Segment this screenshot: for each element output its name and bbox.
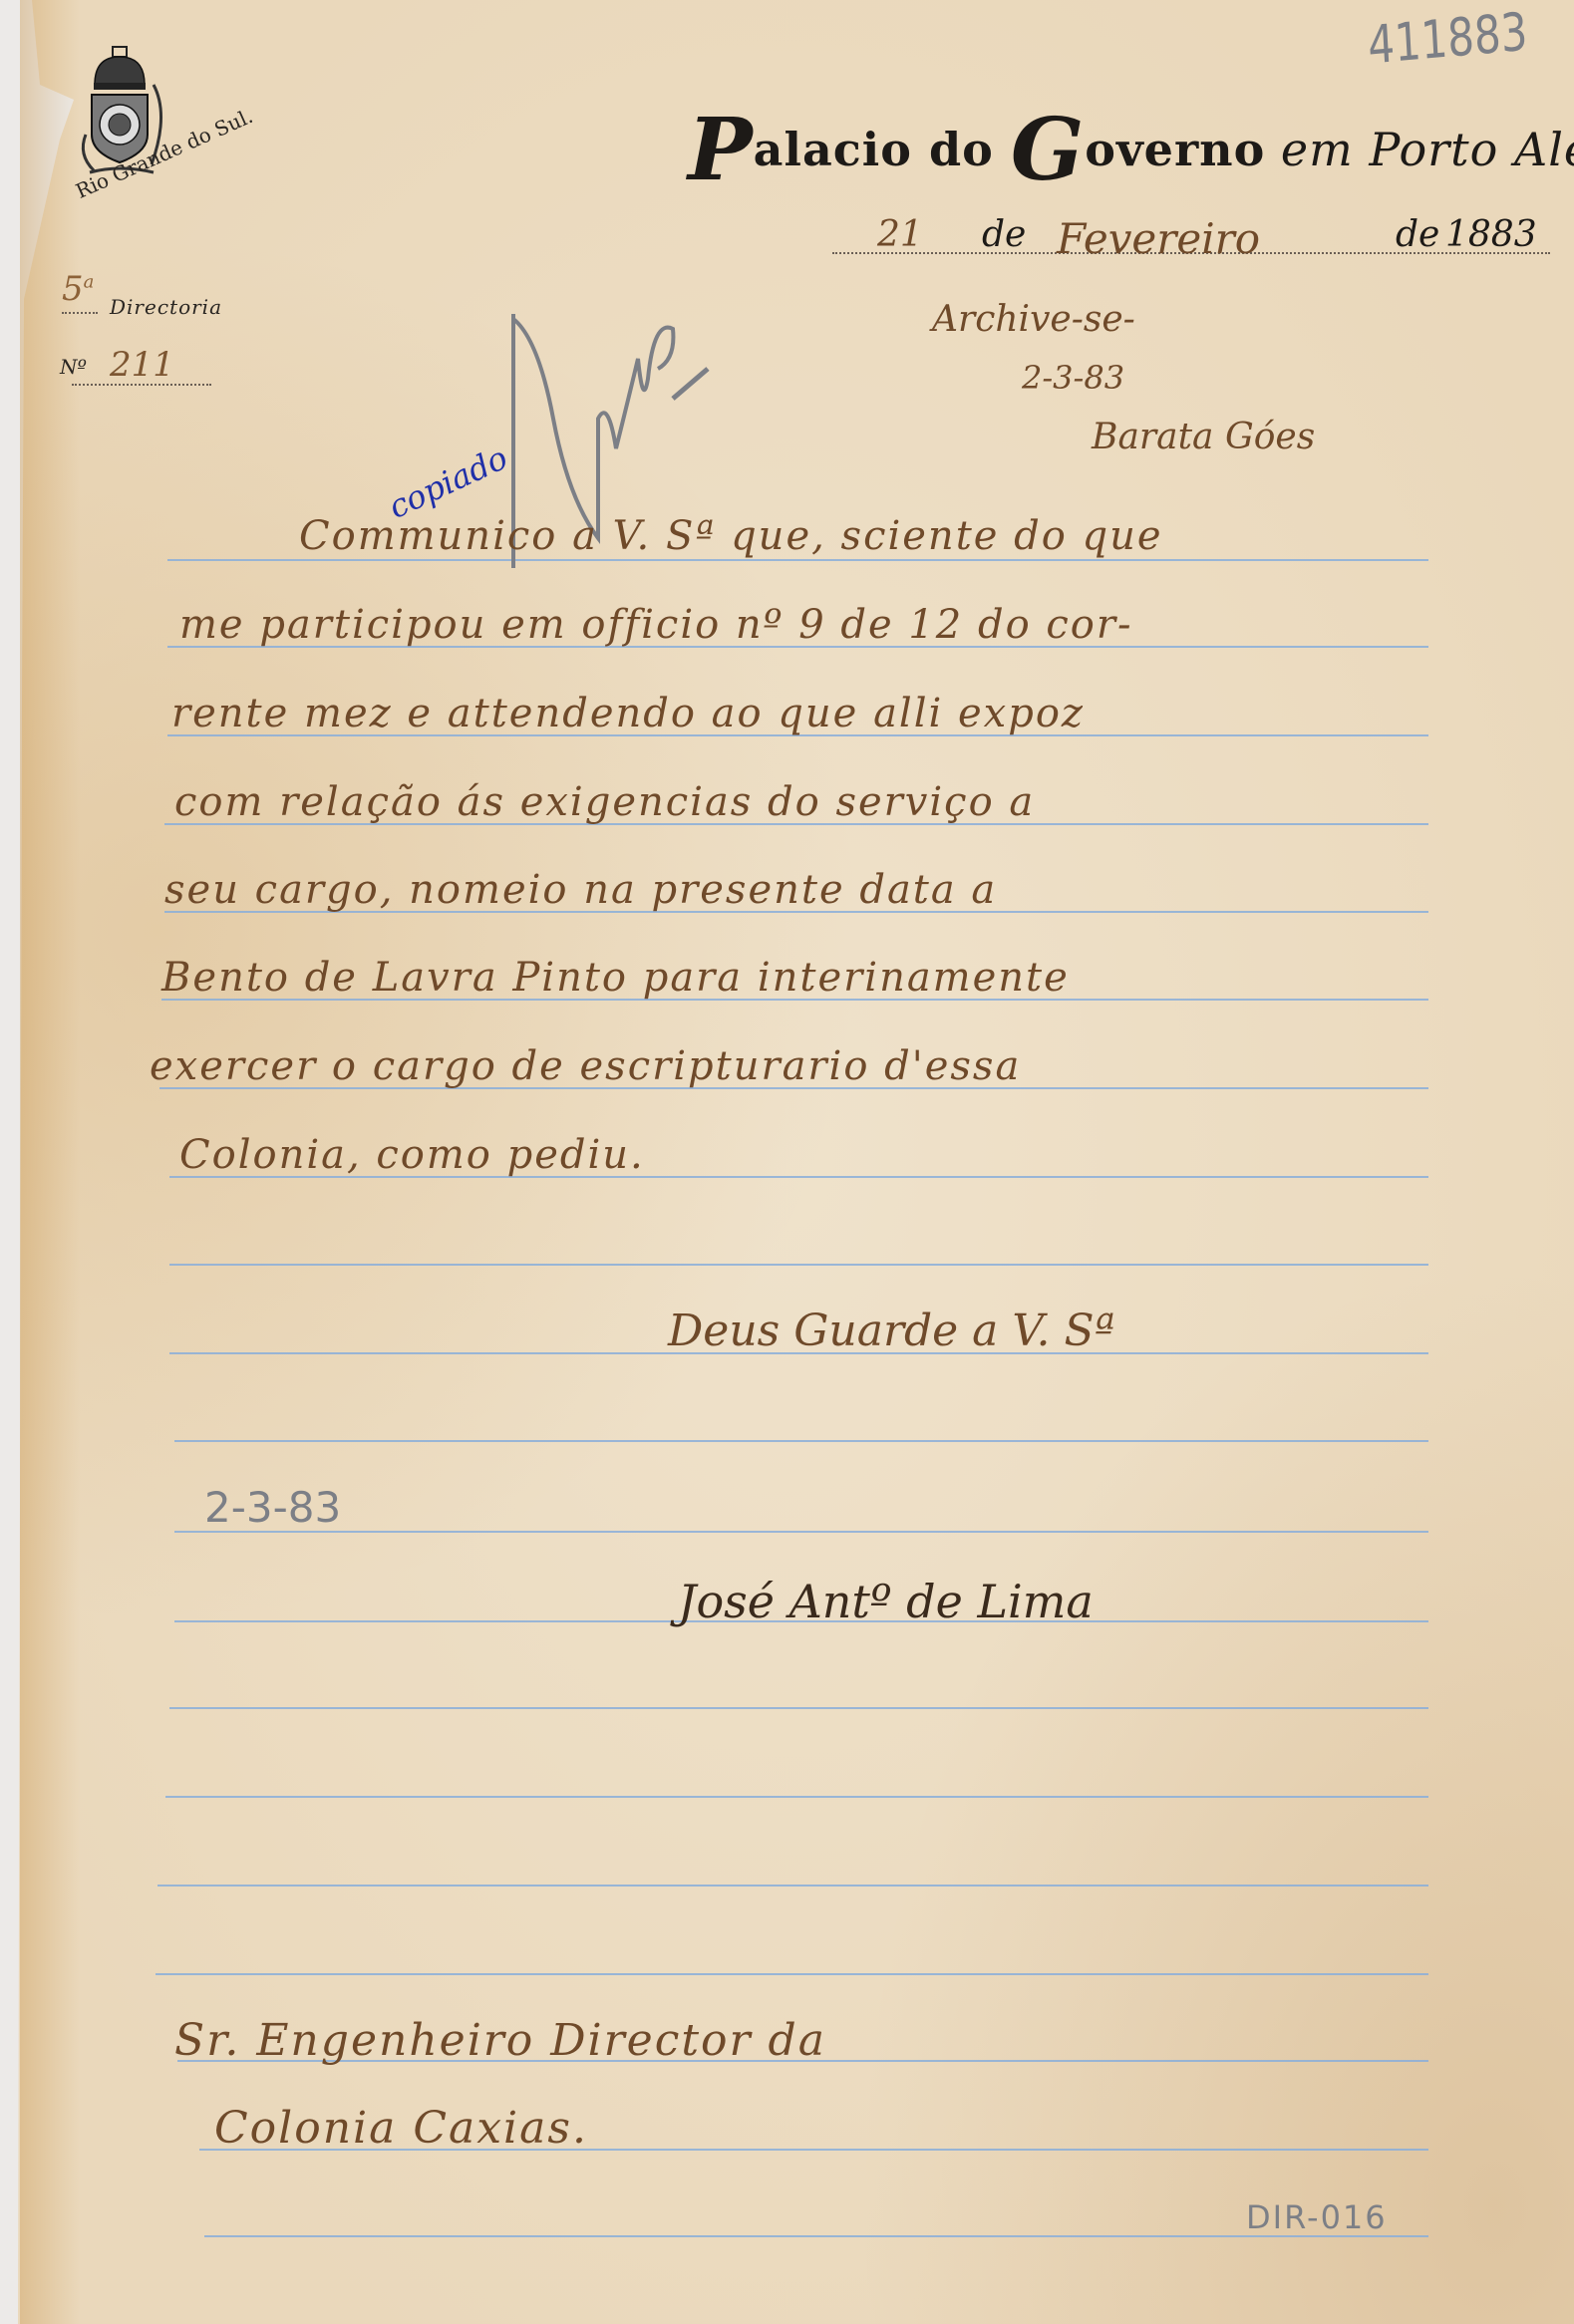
number-prefix: Nº [60,355,87,379]
ruled-line [169,1264,1428,1266]
catalog-code: DIR-016 [1246,2198,1388,2236]
date-de-1: de [982,214,1026,255]
number-dotted-line [72,384,211,386]
edge-stain [20,0,80,2324]
date-de-2: de [1396,214,1439,255]
date-month: Fevereiro [1057,214,1260,263]
ruled-line [167,559,1428,561]
body-line-8: Colonia, como pediu. [179,1132,645,1178]
closing-salutation: Deus Guarde a V. Sª [668,1306,1115,1356]
ruled-line [169,1707,1428,1709]
body-line-3: rente mez e attendendo ao que alli expoz [171,691,1085,736]
letterhead-title: Palacio do Governo em Porto Alegre, [688,100,1574,200]
body-line-2: me participou em officio nº 9 de 12 do c… [179,602,1133,648]
ruled-line [174,1440,1428,1442]
ruled-line [157,1885,1428,1887]
addressee-line-2: Colonia Caxias. [214,2103,588,2154]
date-day: 21 [877,214,923,255]
body-line-6: Bento de Lavra Pinto para interinamente [161,955,1070,1001]
ruled-line [165,1796,1428,1798]
directoria-label: Directoria [110,295,222,319]
pencil-date: 2-3-83 [204,1483,341,1532]
body-line-1: Communico a V. Sª que, sciente do que [299,513,1163,559]
directoria-dotted-line [62,312,98,314]
addressee-line-1: Sr. Engenheiro Director da [174,2015,826,2066]
body-line-7: exercer o cargo de escripturario d'essa [150,1043,1021,1089]
body-line-5: seu cargo, nomeio na presente data a [164,867,997,913]
date-year: 1883 [1445,214,1537,255]
ruled-line [156,1973,1428,1975]
number-value: 211 [110,345,174,385]
signature: José Antº de Lima [678,1575,1094,1628]
ruled-line [204,2235,1428,2237]
ruled-line [174,1531,1428,1533]
body-line-4: com relação ás exigencias do serviço a [174,779,1035,825]
archive-instruction: Archive-se- [932,299,1135,340]
directoria-number: 5a [62,269,94,309]
archive-signature: Barata Góes [1092,417,1315,457]
archive-date: 2-3-83 [1022,359,1124,397]
